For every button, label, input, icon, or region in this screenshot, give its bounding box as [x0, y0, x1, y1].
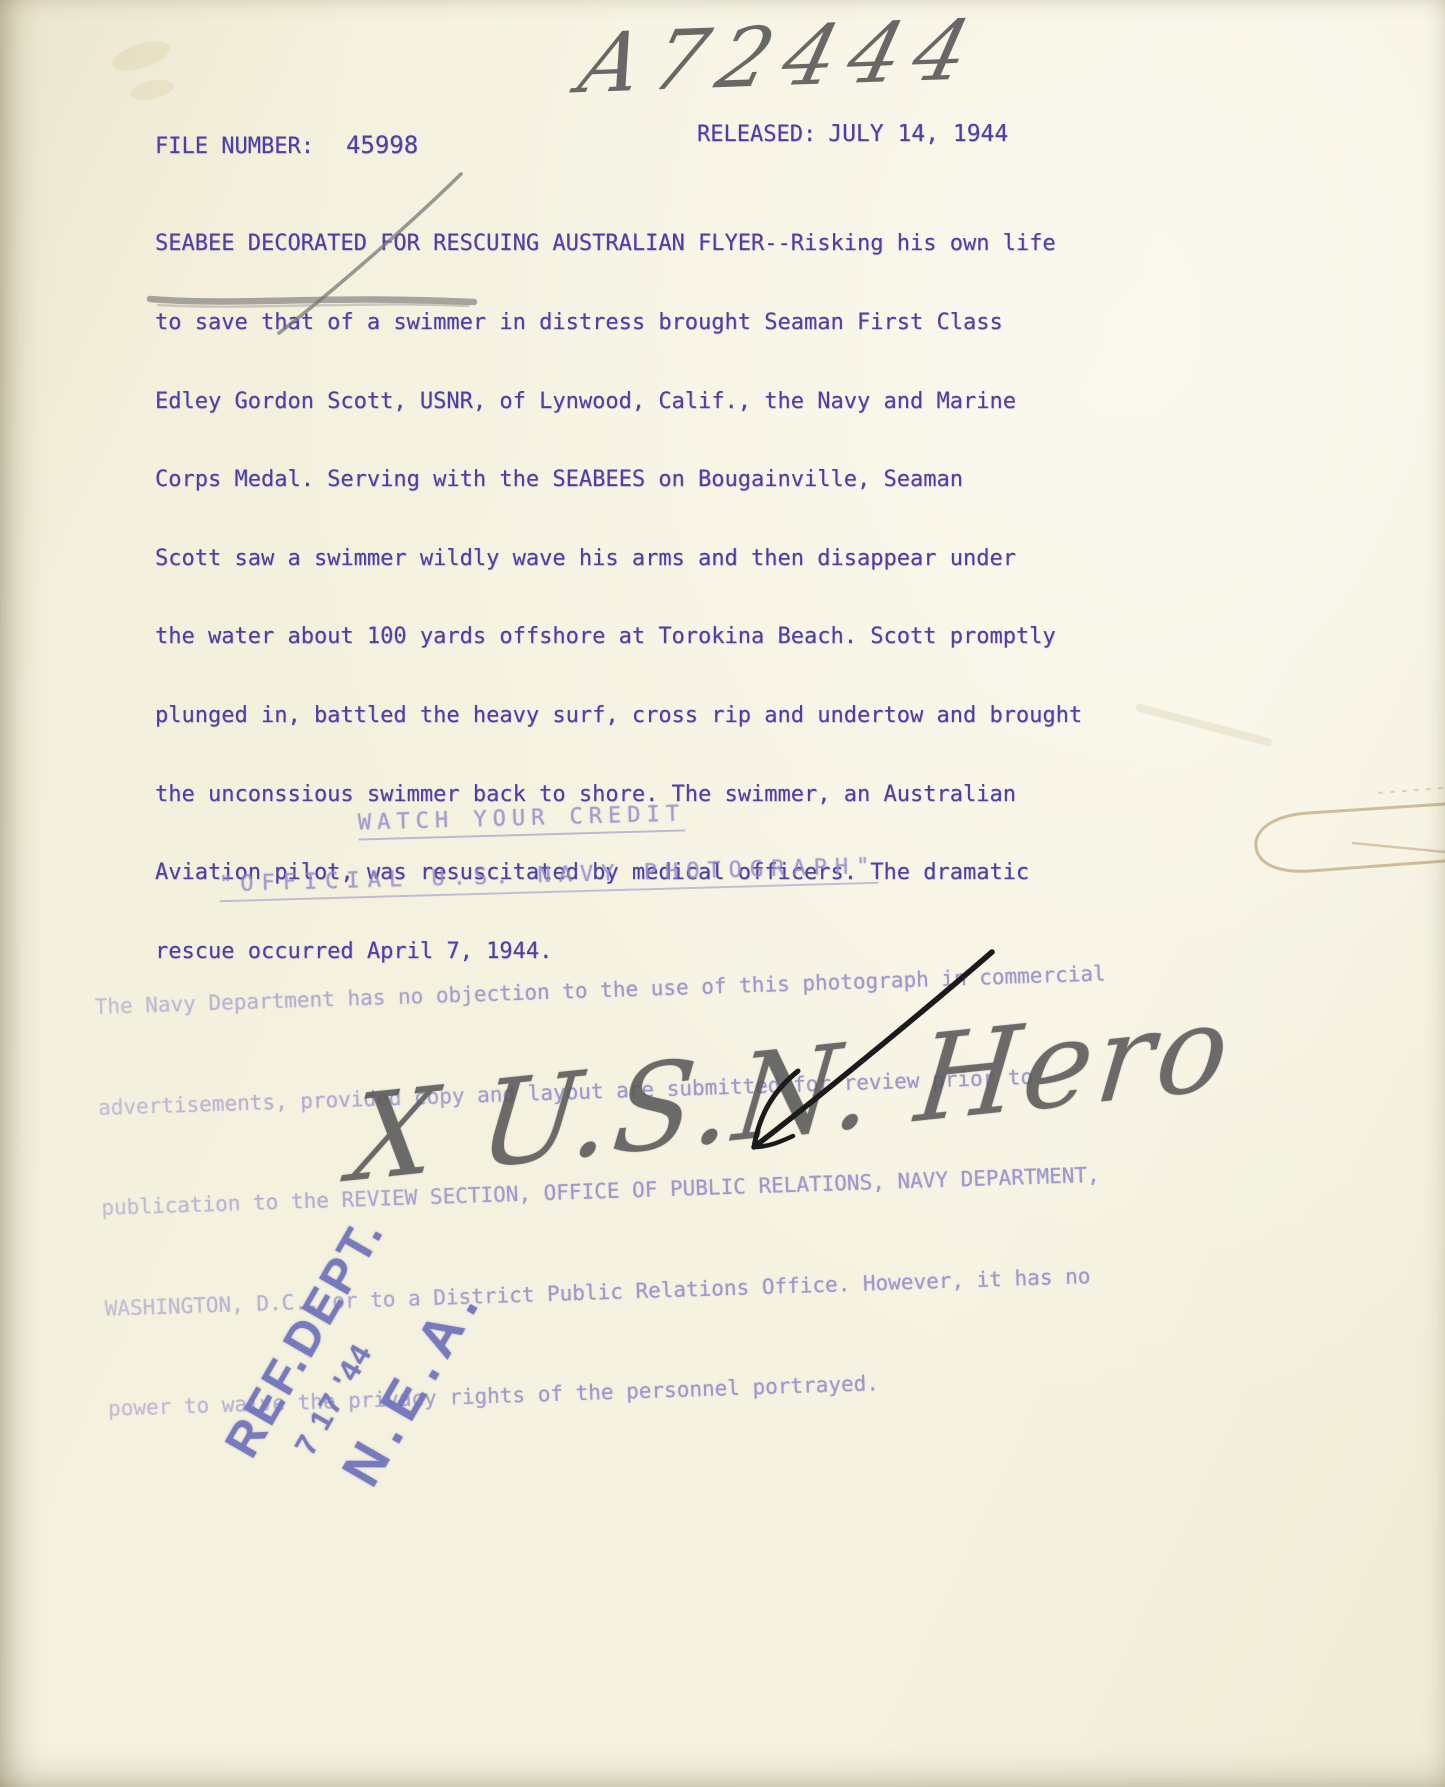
- credit-line: WASHINGTON, D.C., or to a District Publi…: [104, 1259, 1116, 1326]
- paperclip-stain-outline: [1256, 804, 1445, 871]
- caption-line: SEABEE DECORATED FOR RESCUING AUSTRALIAN…: [155, 231, 1082, 257]
- file-number-value: 45998: [346, 131, 418, 159]
- caption-line: the water about 100 yards offshore at To…: [155, 624, 1082, 650]
- caption-line: plunged in, battled the heavy surf, cros…: [155, 703, 1082, 729]
- released-label: RELEASED:: [697, 122, 816, 147]
- released-date: JULY 14, 1944: [828, 121, 1008, 147]
- paper-scuff-mark: [1140, 708, 1268, 742]
- handwritten-negative-number: A72444: [570, 3, 992, 113]
- paperclip-stain-scuff: [1378, 788, 1444, 793]
- caption-line: Corps Medal. Serving with the SEABEES on…: [155, 467, 1082, 493]
- file-number-line: FILE NUMBER:45998: [155, 131, 418, 159]
- paperclip-stain-inner: [1352, 843, 1445, 852]
- paper-smudge: [129, 77, 176, 104]
- caption-line: Edley Gordon Scott, USNR, of Lynwood, Ca…: [155, 389, 1082, 415]
- caption-line: to save that of a swimmer in distress br…: [155, 310, 1082, 336]
- caption-line: Scott saw a swimmer wildly wave his arms…: [155, 546, 1082, 572]
- released-line: RELEASED:JULY 14, 1944: [697, 121, 1008, 147]
- paper-smudge: [109, 35, 173, 76]
- scanned-caption-sheet: A72444 FILE NUMBER:45998 RELEASED:JULY 1…: [0, 0, 1445, 1787]
- file-number-label: FILE NUMBER:: [155, 134, 314, 159]
